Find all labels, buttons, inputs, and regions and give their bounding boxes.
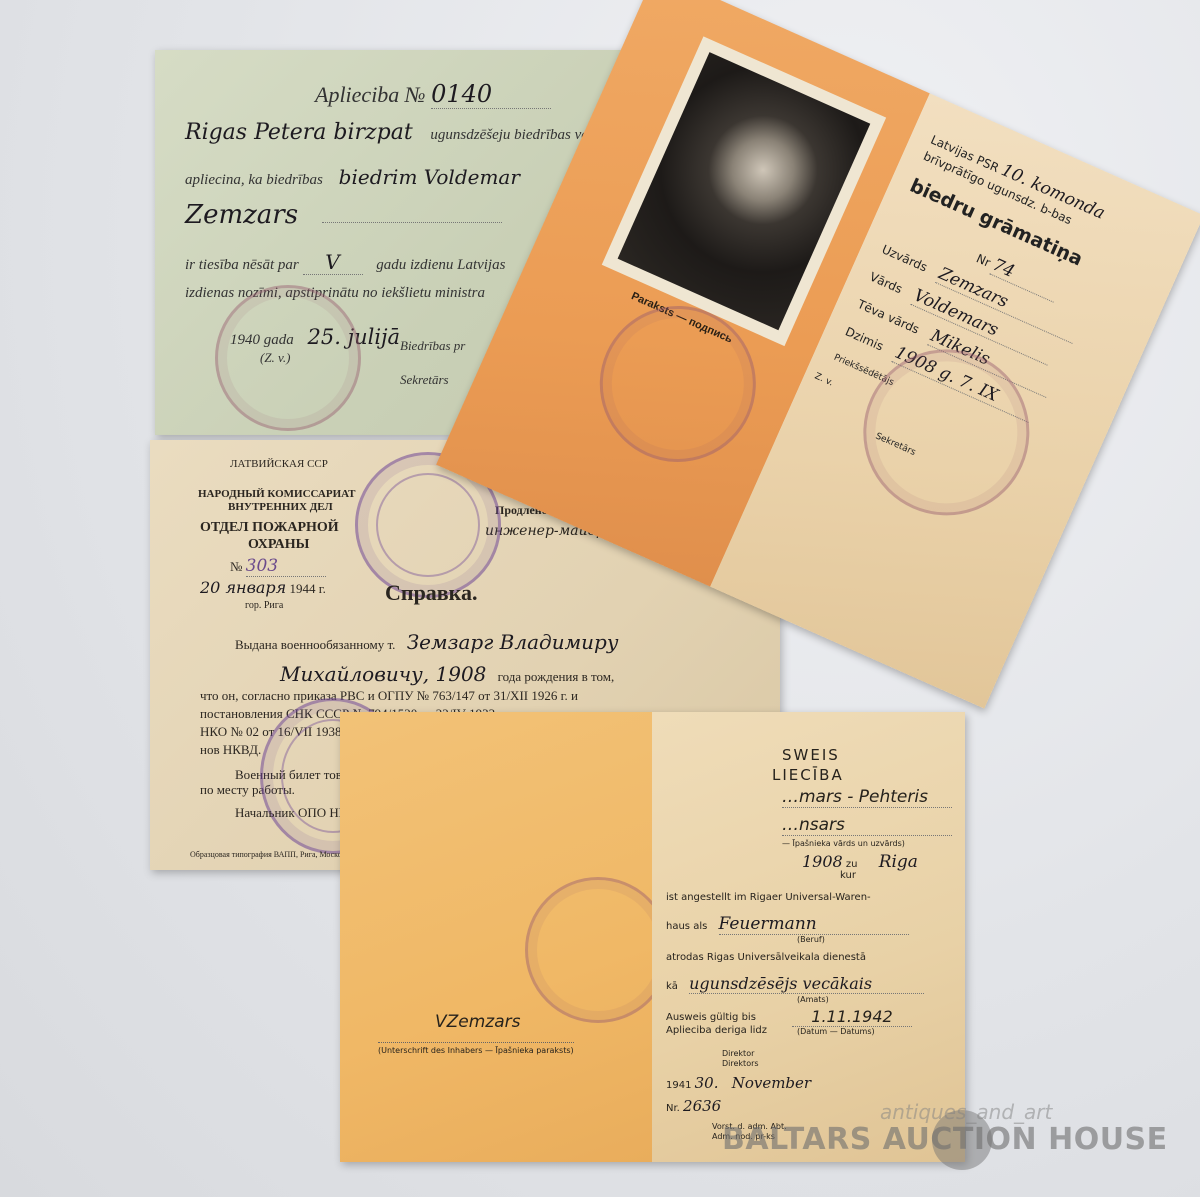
printed-text: ir tiesība nēsāt par bbox=[185, 257, 299, 273]
ka-label: kā bbox=[666, 981, 678, 992]
doc-number: № 303 bbox=[230, 556, 326, 577]
certificate-title: Справка. bbox=[385, 580, 478, 606]
handwritten-surname: Zemzars bbox=[185, 200, 298, 230]
header-department: ОТДЕЛ ПОЖАРНОЙ bbox=[200, 520, 339, 536]
card-number-row: Nr. 2636 bbox=[666, 1097, 721, 1115]
born-place: Riga bbox=[879, 852, 918, 872]
header-department-2: ОХРАНЫ bbox=[248, 537, 309, 553]
director-german: Direktor bbox=[722, 1049, 754, 1058]
handwritten-date: 20 января bbox=[200, 578, 286, 597]
born-label: Dzimis bbox=[843, 324, 885, 353]
holder-surname: …nsars bbox=[782, 815, 952, 836]
header-republic: ЛАТВИЙСКАЯ ССР bbox=[230, 458, 328, 470]
printed-text: Выдана военнообязанному т. bbox=[235, 637, 395, 652]
ausweis-info-page: SWEIS LIECĪBA …mars - Pehteris …nsars — … bbox=[652, 712, 965, 1162]
body-line-3: что он, согласно приказа РВС и ОГПУ № 76… bbox=[200, 688, 578, 704]
body-line-2: Михайловичу, 1908 года рождения в том, bbox=[200, 662, 614, 686]
watermark: BALTARS AUCTION HOUSE bbox=[722, 1122, 1168, 1157]
nr-label: Nr bbox=[974, 251, 992, 269]
seal-note: Z. v. bbox=[813, 371, 835, 388]
printed-text: gadu izdienu Latvijas bbox=[376, 257, 505, 273]
issue-month: November bbox=[732, 1074, 811, 1092]
valid-latvian: Aplieciba deriga lidz bbox=[666, 1025, 767, 1036]
card-number: 2636 bbox=[683, 1097, 721, 1115]
brigade-seal bbox=[837, 323, 1056, 542]
header-commissariat: НАРОДНЫЙ КОМИССАРИАТ bbox=[198, 488, 355, 500]
chair-label: Biedrības pr bbox=[400, 338, 465, 354]
nr-label: Nr. bbox=[666, 1103, 680, 1114]
job-latvian-row: kā ugunsdzēsējs vecākais bbox=[666, 974, 924, 994]
issue-date-row: 1941 30. November bbox=[666, 1074, 811, 1092]
valid-until-date: 1.11.1942 bbox=[792, 1007, 912, 1027]
amats-caption: (Amats) bbox=[797, 995, 829, 1004]
handwritten-name: Земзарг Владимиру bbox=[407, 630, 619, 654]
printed-text: haus als bbox=[666, 921, 707, 932]
ausweis-signature-page: VZemzars (Unterschrift des Inhabers — Īp… bbox=[340, 712, 652, 1162]
job-latvian: ugunsdzēsējs vecākais bbox=[689, 974, 924, 994]
certificate-number: 0140 bbox=[431, 80, 551, 109]
seal-note: (Z. v.) bbox=[260, 350, 290, 366]
datum-caption: (Datum — Datums) bbox=[797, 1027, 875, 1036]
economic-seal bbox=[525, 877, 671, 1023]
line-5: izdienas nozīmi, apstiprinātu no iekšlie… bbox=[185, 285, 485, 302]
title-german: SWEIS bbox=[782, 746, 840, 764]
secretary-label: Sekretārs bbox=[400, 372, 449, 388]
printed-text: ugunsdzēšeju biedrības va bbox=[430, 127, 588, 143]
title-text: Aplieciba № bbox=[315, 82, 426, 107]
handwritten-years: V bbox=[303, 250, 363, 275]
handwritten-society: Rigas Petera birzpat bbox=[185, 120, 413, 145]
line-2: apliecina, ka biedrības biedrim Voldemar bbox=[185, 165, 520, 189]
line-1: Rigas Petera birzpat ugunsdzēšeju biedrī… bbox=[185, 120, 589, 145]
handwritten-patronymic: Михайловичу, 1908 bbox=[280, 662, 486, 686]
job-german: Feuermann bbox=[719, 914, 909, 935]
certificate-title: Aplieciba № 0140 bbox=[315, 80, 551, 109]
line-4: ir tiesība nēsāt par V gadu izdienu Latv… bbox=[185, 250, 505, 275]
body-line-6: нов НКВД. bbox=[200, 742, 261, 758]
watermark-subtitle: antiques_and_art bbox=[880, 1100, 1052, 1124]
line-3: Zemzars bbox=[185, 200, 502, 230]
name-label: Vārds bbox=[868, 270, 905, 297]
valid-german: Ausweis gültig bis bbox=[666, 1012, 756, 1023]
born-year: 1908 bbox=[802, 852, 843, 871]
surname-label: Uzvārds bbox=[880, 242, 930, 274]
city: гор. Рига bbox=[245, 600, 283, 611]
portrait-image bbox=[618, 52, 871, 330]
body-line-1: Выдана военнообязанному т. Земзарг Влади… bbox=[235, 630, 618, 654]
employment-latvian: atrodas Rigas Universālveikala dienestā bbox=[666, 952, 866, 963]
issue-year: 1941 bbox=[666, 1080, 691, 1091]
date-year: 1944 г. bbox=[290, 581, 326, 596]
title-latvian: LIECĪBA bbox=[772, 766, 844, 784]
holder-caption: (Unterschrift des Inhabers — Īpašnieka p… bbox=[378, 1042, 574, 1055]
number-value: 303 bbox=[246, 556, 326, 577]
name-caption: — Īpašnieka vārds un uzvārds) bbox=[782, 839, 905, 848]
printed-text: apliecina, ka biedrības bbox=[185, 172, 323, 188]
printed-text: года рождения в том, bbox=[498, 669, 615, 684]
number-label: № bbox=[230, 559, 242, 574]
handwritten-name: biedrim Voldemar bbox=[339, 165, 520, 189]
issue-day: 30. bbox=[695, 1074, 719, 1092]
ausweis-employment-card: VZemzars (Unterschrift des Inhabers — Īp… bbox=[340, 712, 965, 1162]
zu-label: zu bbox=[846, 859, 858, 870]
beruf-caption: (Beruf) bbox=[797, 935, 825, 944]
employment-german: ist angestellt im Rigaer Universal-Waren… bbox=[666, 892, 871, 903]
job-german-row: haus als Feuermann bbox=[666, 914, 909, 935]
director-latvian: Direktors bbox=[722, 1059, 759, 1068]
kur-label: kur bbox=[840, 870, 856, 881]
holder-name: …mars - Pehteris bbox=[782, 787, 952, 808]
header-commissariat-2: ВНУТРЕННИХ ДЕЛ bbox=[228, 501, 333, 513]
holder-signature: VZemzars bbox=[435, 1012, 520, 1032]
doc-date: 20 января 1944 г. bbox=[200, 578, 326, 597]
born-row: 1908 zu Riga bbox=[802, 852, 918, 872]
